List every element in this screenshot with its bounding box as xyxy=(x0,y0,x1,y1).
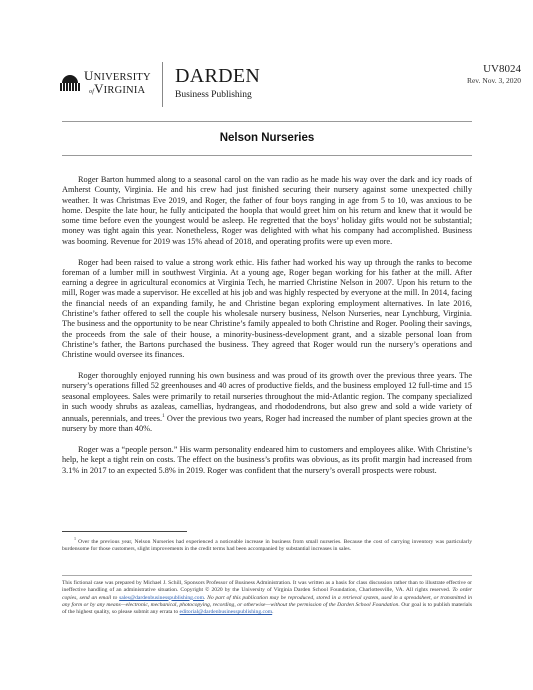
title-rule-bottom xyxy=(62,155,472,156)
paragraph-2: Roger had been raised to value a strong … xyxy=(62,258,472,361)
footnote-1: 1 Over the previous year, Nelson Nurseri… xyxy=(62,535,472,553)
copyright-notice: This fictional case was prepared by Mich… xyxy=(62,580,472,616)
revision-date: Rev. Nov. 3, 2020 xyxy=(467,76,521,85)
darden-logo: DARDEN Business Publishing xyxy=(175,66,260,100)
footnote-separator xyxy=(62,531,187,532)
title-rule-top xyxy=(62,121,472,122)
paragraph-1: Roger Barton hummed along to a seasonal … xyxy=(62,175,472,247)
publisher-subtitle: Business Publishing xyxy=(175,90,260,100)
legal-separator xyxy=(62,575,472,576)
publisher-name: DARDEN xyxy=(175,66,260,86)
document-body: Roger Barton hummed along to a seasonal … xyxy=(62,175,472,486)
page-header: UNIVERSITY ofVIRGINIA DARDEN Business Pu… xyxy=(60,62,530,104)
uva-wordmark: UNIVERSITY ofVIRGINIA xyxy=(84,70,151,96)
case-code: UV8024 xyxy=(467,63,521,75)
paragraph-3: Roger thoroughly enjoyed running his own… xyxy=(62,371,472,435)
rotunda-icon xyxy=(60,75,80,91)
document-page: UNIVERSITY ofVIRGINIA DARDEN Business Pu… xyxy=(0,0,533,690)
university-of-virginia-logo: UNIVERSITY ofVIRGINIA xyxy=(60,70,151,96)
editorial-email-link[interactable]: editorial@dardenbusinesspublishing.com xyxy=(180,609,273,615)
case-identifier: UV8024 Rev. Nov. 3, 2020 xyxy=(467,63,521,85)
paragraph-4: Roger was a “people person.” His warm pe… xyxy=(62,445,472,476)
document-title: Nelson Nurseries xyxy=(62,132,472,144)
logo-divider xyxy=(162,62,163,107)
sales-email-link[interactable]: sales@dardenbusinesspublishing.com xyxy=(119,595,204,601)
